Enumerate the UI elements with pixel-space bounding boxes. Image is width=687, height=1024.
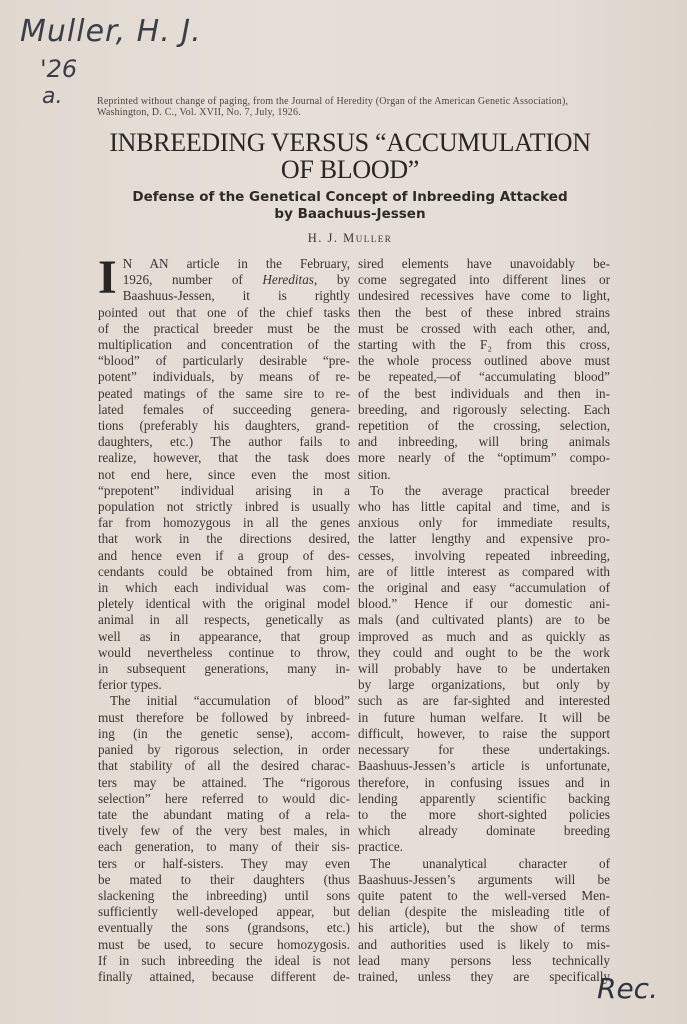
handwritten-author-note: Muller, H. J. — [20, 14, 202, 49]
text-line: sufficiently well-developed appear, but — [98, 904, 350, 920]
text-line: undesired recessives have come to light, — [358, 288, 610, 304]
text-line: will probably have to be undertaken — [358, 661, 610, 677]
text-line: come segregated into different lines or — [358, 272, 610, 288]
text-line: repetition of the crossing, selection, — [358, 418, 610, 434]
handwritten-signature: Rec. — [597, 972, 658, 1005]
text-line: improved as much and as quickly as — [358, 629, 610, 645]
text-line: mals (and cultivated plants) are to be — [358, 612, 610, 628]
text-line: panied by rigorous selection, in order — [98, 742, 350, 758]
drop-cap: I — [98, 258, 117, 298]
text-line: “prepotent” individual arising in a — [98, 483, 350, 499]
text-line: ters may be attained. The “rigorous — [98, 775, 350, 791]
text-line: selection” here referred to would dic- — [98, 791, 350, 807]
text-line: trained, unless they are specifically — [358, 969, 610, 985]
text-line: and hence even if a group of des- — [98, 548, 350, 564]
text-line: which already dominate breeding — [358, 823, 610, 839]
text-line: sired elements have unavoidably be- — [358, 256, 610, 272]
text-line: animal in all respects, genetically as — [98, 612, 350, 628]
text-line: Baashuus-Jessen, it is rightly — [98, 288, 350, 304]
subtitle-line-1: Defense of the Genetical Concept of Inbr… — [90, 189, 610, 206]
text-line: the latter lengthy and expensive pro- — [358, 531, 610, 547]
text-line: tate the abundant mating of a rela- — [98, 807, 350, 823]
text-line: the whole process outlined above must — [358, 353, 610, 369]
text-line: well as in appearance, that group — [98, 629, 350, 645]
article-author: H. J. Muller — [90, 231, 610, 246]
handwritten-letter-note: a. — [42, 84, 62, 109]
text-line: his article), but the show of terms — [358, 920, 610, 936]
text-line: tions (preferably his daughters, grand- — [98, 418, 350, 434]
text-line: each generation, to many of their sis- — [98, 839, 350, 855]
text-line: The unanalytical character of — [358, 856, 610, 872]
text-line: and authorities used is likely to mis- — [358, 937, 610, 953]
text-line: delian (despite the misleading title of — [358, 904, 610, 920]
title-line-2: OF BLOOD” — [90, 156, 610, 183]
text-line: by large organizations, but only by — [358, 677, 610, 693]
text-line: in which each individual was com- — [98, 580, 350, 596]
right-column: sired elements have unavoidably be- come… — [358, 256, 610, 985]
text-line: pletely identical with the original mode… — [98, 596, 350, 612]
title-line-1: INBREEDING VERSUS “ACCUMULATION — [90, 129, 610, 156]
text-line: and inbreeding, will bring animals — [358, 434, 610, 450]
text-line: in future human welfare. It will be — [358, 710, 610, 726]
text-line: sition. — [358, 467, 610, 483]
text-line: not end here, since even the most — [98, 467, 350, 483]
text-line: the original and easy “accumulation of — [358, 580, 610, 596]
text-line: realize, however, that the task does — [98, 450, 350, 466]
text-line: peated matings of the same sire to re- — [98, 386, 350, 402]
text-line: finally attained, because different de- — [98, 969, 350, 985]
text-line: therefore, in confusing issues and in — [358, 775, 610, 791]
text-line: quite patent to the well-versed Men- — [358, 888, 610, 904]
text-line: lated females of succeeding genera- — [98, 402, 350, 418]
document-page: Muller, H. J. '26 a. Reprinted without c… — [0, 0, 687, 1024]
text-line: are of little interest as compared with — [358, 564, 610, 580]
text-line: practice. — [358, 839, 610, 855]
text-line: lending apparently scientific backing — [358, 791, 610, 807]
text-line: must be crossed with each other, and, — [358, 321, 610, 337]
text-line: starting with the F₂ from this cross, — [358, 337, 610, 353]
subtitle-line-2: by Baachuus-Jessen — [90, 206, 610, 223]
article-title: INBREEDING VERSUS “ACCUMULATION OF BLOOD… — [90, 129, 610, 183]
handwritten-year-note: '26 — [40, 55, 77, 83]
text-line: If in such inbreeding the ideal is not — [98, 953, 350, 969]
text-line: ferior types. — [98, 677, 350, 693]
text-line: of the practical breeder must be the — [98, 321, 350, 337]
text-line: Baashuus-Jessen’s arguments will be — [358, 872, 610, 888]
text-line: daughters, etc.) The author fails to — [98, 434, 350, 450]
text-line: The initial “accumulation of blood” — [98, 693, 350, 709]
text-line: more nearly of the “optimum” compo- — [358, 450, 610, 466]
text-line: necessary for these undertakings. — [358, 742, 610, 758]
text-line: would nevertheless continue to throw, — [98, 645, 350, 661]
text-line: cesses, involving repeated inbreeding, — [358, 548, 610, 564]
text-line: To the average practical breeder — [358, 483, 610, 499]
text-line: lead many persons less technically — [358, 953, 610, 969]
text-line: of the best individuals and then in- — [358, 386, 610, 402]
text-line: N AN article in the February, — [98, 256, 350, 272]
text-line: in subsequent generations, many in- — [98, 661, 350, 677]
text-line: anxious only for immediate results, — [358, 515, 610, 531]
text-line: blood.” Hence if our domestic ani- — [358, 596, 610, 612]
text-line: Baashuus-Jessen’s article is unfortunate… — [358, 758, 610, 774]
left-column: I N AN article in the February, 1926, nu… — [98, 256, 350, 985]
text-line: ters or half-sisters. They may even — [98, 856, 350, 872]
reprint-note: Reprinted without change of paging, from… — [97, 96, 617, 118]
text-line: population not strictly inbred is usuall… — [98, 499, 350, 515]
text-line: eventually the sons (grandsons, etc.) — [98, 920, 350, 936]
text-line: who has little capital and time, and is — [358, 499, 610, 515]
text-line: cendants could be obtained from him, — [98, 564, 350, 580]
text-line: such as are far-sighted and interested — [358, 693, 610, 709]
text-line: pointed out that one of the chief tasks — [98, 305, 350, 321]
text-line: that stability of all the desired charac… — [98, 758, 350, 774]
text-line: must be used, to secure homozygosis. — [98, 937, 350, 953]
text-line: difficult, however, to raise the support — [358, 726, 610, 742]
text-line: slackening the inbreeding) until sons — [98, 888, 350, 904]
text-line: ing (in the genetic sense), accom- — [98, 726, 350, 742]
text-line: “blood” of particularly desirable “pre- — [98, 353, 350, 369]
text-line: 1926, number of Hereditas, by — [98, 272, 350, 288]
article-subtitle: Defense of the Genetical Concept of Inbr… — [90, 189, 610, 223]
text-line: breeding, and rigorously selecting. Each — [358, 402, 610, 418]
text-line: then the best of these inbred strains — [358, 305, 610, 321]
text-line: far from homozygous in all the genes — [98, 515, 350, 531]
text-line: potent” individuals, by means of re- — [98, 369, 350, 385]
text-line: be mated to their daughters (thus — [98, 872, 350, 888]
text-line: tively few of the very best males, in — [98, 823, 350, 839]
text-line: to the more short-sighted policies — [358, 807, 610, 823]
text-line: that work in the directions desired, — [98, 531, 350, 547]
text-line: they could and ought to be the work — [358, 645, 610, 661]
text-line: must therefore be followed by inbreed- — [98, 710, 350, 726]
journal-name: Hereditas — [262, 272, 314, 287]
text-line: be repeated,—of “accumulating blood” — [358, 369, 610, 385]
text-line: multiplication and concentration of the — [98, 337, 350, 353]
